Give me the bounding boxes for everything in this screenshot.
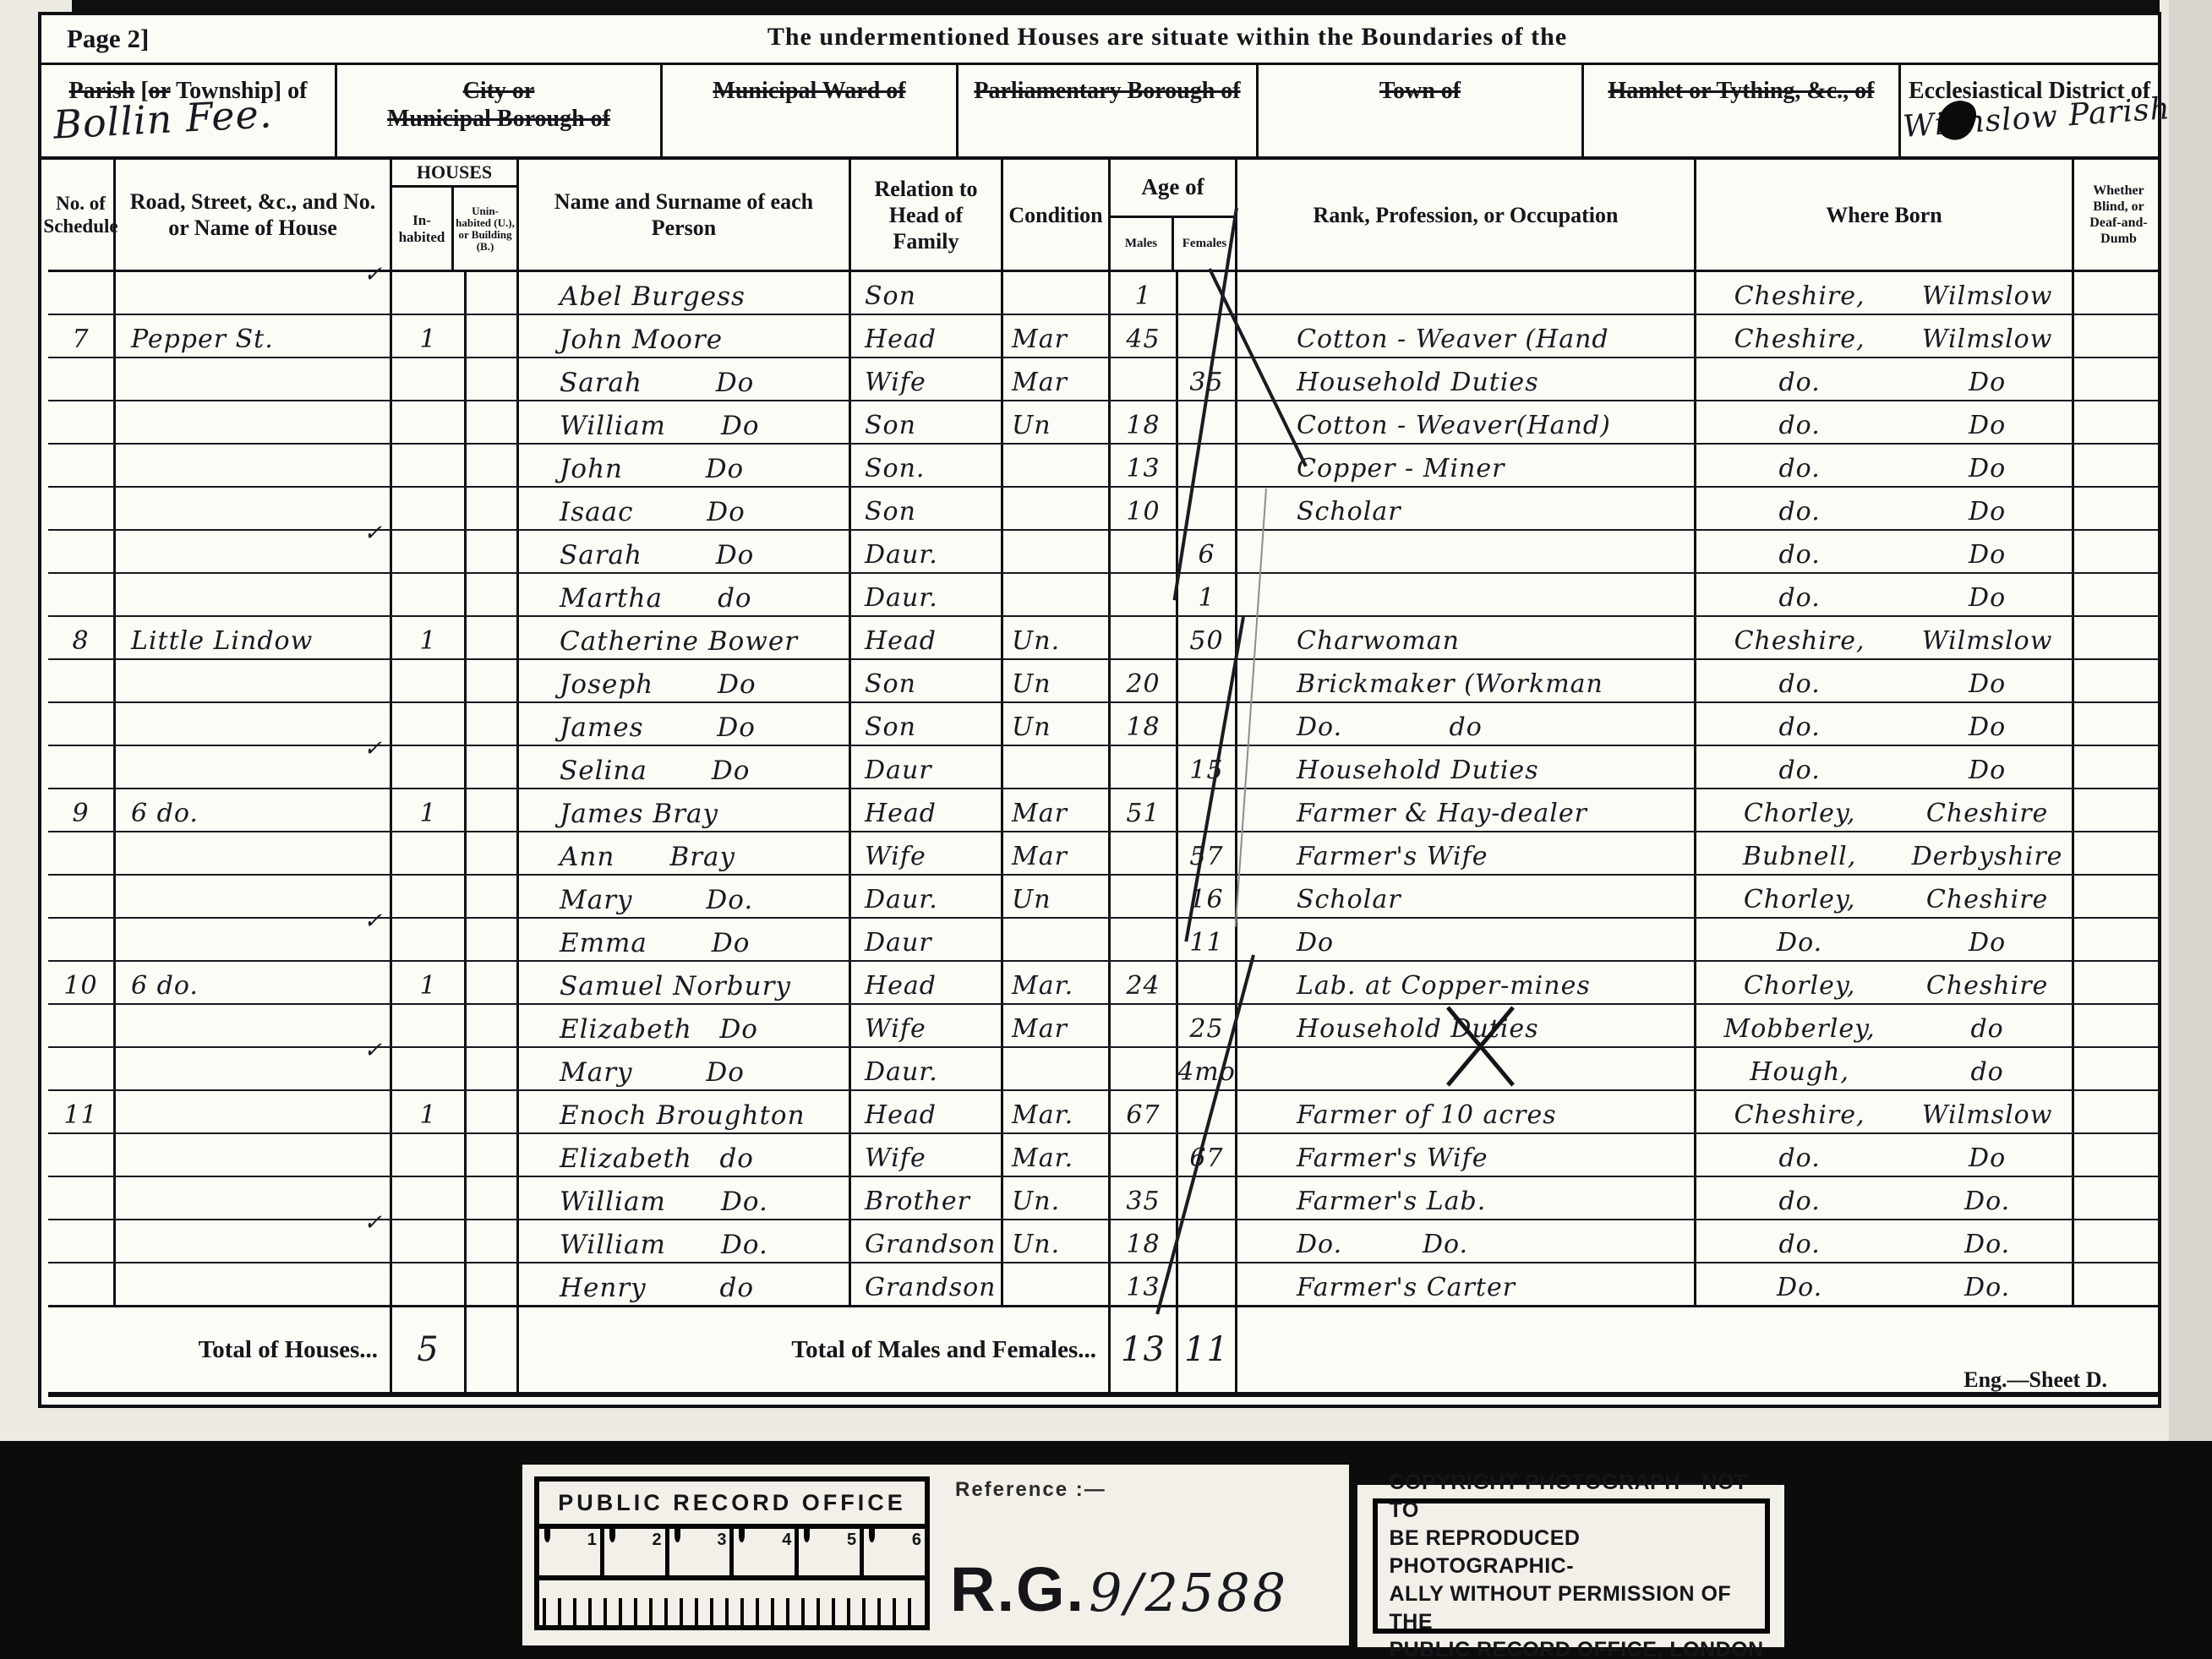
cell-schedule-number [48,1005,116,1046]
reference-value: 9/2588 [1089,1562,1288,1624]
cell-relation: Wife [851,1005,1003,1046]
born-place: do. [1696,756,1903,785]
col-header-schedule-label: No. of Schedule [43,192,117,237]
cell-uninhabited [467,1091,519,1132]
cell-condition [1003,272,1111,314]
cell-uninhabited [467,789,519,831]
cell-relation: Grandson [851,1220,1003,1262]
cell-person-name: Sarah Do [519,531,851,572]
location-col-label: Hamlet or Tything, &c., of [1584,77,1898,105]
col-header-inhabited: In-habited [392,188,454,270]
cell-age-male [1111,574,1178,615]
check-mark: ✓ [348,907,383,936]
cell-person-name: James Bray [519,789,851,831]
cell-person-name: James Do [519,703,851,745]
born-county: Wilmslow [1903,325,2072,354]
born-county: Cheshire [1903,972,2072,1001]
cell-road [116,574,392,615]
check-mark: ✓ [348,519,383,548]
cell-person-name: Elizabeth do [519,1134,851,1176]
cell-occupation: Household Duties [1237,1005,1696,1046]
cell-condition [1003,746,1111,788]
cell-schedule-number [48,746,116,788]
table-row: ✓ Mary Do Daur. 4mo Hough,do [48,1048,2159,1091]
born-county: Do [1903,929,2072,958]
cell-person-name: Joseph Do [519,660,851,701]
total-males-value: 13 [1111,1307,1178,1392]
location-col-parish: Parish [or Township] ofBollin Fee. [41,65,337,156]
born-place: Cheshire, [1696,1101,1903,1130]
boundary-title: The undermentioned Houses are situate wi… [41,23,2158,52]
cell-relation: Daur. [851,1048,1003,1089]
table-row: ✓ Selina Do Daur 15 Household Duties do.… [48,746,2159,789]
cell-inhabited: 1 [392,315,467,357]
cell-blind-deaf [2074,1091,2163,1132]
cell-age-female [1178,445,1237,486]
location-header-row: Parish [or Township] ofBollin Fee.City o… [41,65,2158,160]
cell-where-born: do.Do [1696,746,2074,788]
table-row: ✓ Sarah Do Daur. 6 do.Do [48,531,2159,574]
cell-inhabited [392,660,467,701]
cell-uninhabited [467,876,519,917]
location-col-label: Municipal Borough of [337,105,660,133]
cell-schedule-number: 11 [48,1091,116,1132]
cell-where-born: Chorley,Cheshire [1696,876,2074,917]
cell-relation: Wife [851,832,1003,874]
cell-occupation: Do. do [1237,703,1696,745]
cell-inhabited [392,703,467,745]
cell-occupation: Do [1237,919,1696,960]
cell-age-male: 45 [1111,315,1178,357]
cell-age-female [1178,401,1237,443]
cell-occupation [1237,1048,1696,1089]
cell-inhabited [392,488,467,529]
total-males-females-label: Total of Males and Females... [519,1307,1111,1392]
cell-person-name: Samuel Norbury [519,962,851,1003]
cell-blind-deaf [2074,789,2163,831]
cell-condition [1003,919,1111,960]
cell-occupation: Farmer of 10 acres [1237,1091,1696,1132]
location-value-parish: Bollin Fee. [52,100,273,139]
cell-age-male [1111,746,1178,788]
born-county: Cheshire [1903,886,2072,914]
cell-age-male: 51 [1111,789,1178,831]
born-county: Do [1903,670,2072,699]
location-col-label: Parliamentary Borough of [959,77,1256,105]
col-header-condition: Condition [1003,160,1111,270]
cell-age-male: 20 [1111,660,1178,701]
cell-blind-deaf [2074,1005,2163,1046]
col-header-blind: Whether Blind, or Deaf-and-Dumb [2074,160,2163,270]
ruler-ticks [539,1580,925,1625]
cell-inhabited [392,272,467,314]
cell-age-female: 6 [1178,531,1237,572]
cell-uninhabited [467,315,519,357]
cell-where-born: do.Do. [1696,1220,2074,1262]
born-county: Wilmslow [1903,282,2072,311]
cell-road [116,1263,392,1305]
cell-age-male: 1 [1111,272,1178,314]
cell-inhabited [392,1177,467,1219]
born-county: Do [1903,1144,2072,1173]
cell-person-name: John Do [519,445,851,486]
cell-person-name: Martha do [519,574,851,615]
cell-person-name: William Do. [519,1177,851,1219]
col-header-age-label: Age of [1111,160,1235,216]
col-header-relation: Relation to Head of Family [851,160,1003,270]
cell-schedule-number [48,1220,116,1262]
cell-uninhabited [467,401,519,443]
cell-relation: Head [851,962,1003,1003]
public-record-office-stamp: PUBLIC RECORD OFFICE 123456 Reference :—… [522,1465,1349,1645]
col-header-born: Where Born [1696,160,2074,270]
cell-where-born: Hough,do [1696,1048,2074,1089]
cell-age-male: 35 [1111,1177,1178,1219]
total-houses-label: Total of Houses... [116,1307,392,1392]
cell-where-born: do.Do [1696,488,2074,529]
born-county: Cheshire [1903,799,2072,828]
cell-blind-deaf [2074,1263,2163,1305]
census-document: Page 2] The undermentioned Houses are si… [38,12,2161,1408]
cell-blind-deaf [2074,531,2163,572]
born-county: Wilmslow [1903,627,2072,656]
cell-blind-deaf [2074,832,2163,874]
cell-schedule-number [48,1263,116,1305]
check-mark: ✓ [348,1209,383,1237]
cell-relation: Son [851,272,1003,314]
age-subcolumns: Males Females [1111,216,1235,270]
cell-occupation: Lab. at Copper-mines [1237,962,1696,1003]
born-county: Do [1903,756,2072,785]
cell-inhabited [392,746,467,788]
cell-blind-deaf [2074,488,2163,529]
cell-relation: Head [851,789,1003,831]
cell-relation: Daur. [851,876,1003,917]
col-header-age-group: Age of Males Females [1111,160,1237,270]
cell-age-female: 50 [1178,617,1237,658]
cell-age-female: 1 [1178,574,1237,615]
born-place: Chorley, [1696,799,1903,828]
cell-age-female: 16 [1178,876,1237,917]
cell-condition: Mar. [1003,1091,1111,1132]
cell-person-name: Ann Bray [519,832,851,874]
cell-relation: Brother [851,1177,1003,1219]
cell-age-female [1178,1263,1237,1305]
ruler-segment: 3 [669,1529,735,1575]
cell-inhabited [392,445,467,486]
cell-blind-deaf [2074,746,2163,788]
cell-age-female [1178,962,1237,1003]
col-header-houses-group: HOUSES In-habited Unin-habited (U.), or … [392,160,519,270]
table-row: ✓ William Do. Grandson Un. 18 Do. Do. do… [48,1220,2159,1263]
cell-schedule-number [48,531,116,572]
col-header-name: Name and Surname of each Person [519,160,851,270]
census-rows: ✓ Abel Burgess Son 1 Cheshire,Wilmslow 7… [48,272,2159,1307]
born-county: Do [1903,584,2072,613]
cell-uninhabited [467,488,519,529]
cell-inhabited: 1 [392,789,467,831]
cell-where-born: do.Do [1696,445,2074,486]
cell-blind-deaf [2074,1134,2163,1176]
cell-condition: Mar [1003,789,1111,831]
cell-where-born: Chorley,Cheshire [1696,962,2074,1003]
copyright-line: BE REPRODUCED PHOTOGRAPHIC- [1390,1525,1765,1580]
born-place: Do. [1696,1274,1903,1302]
cell-age-female: 15 [1178,746,1237,788]
cell-condition [1003,445,1111,486]
cell-age-female [1178,315,1237,357]
cell-road: ✓ [116,919,392,960]
cell-uninhabited [467,1005,519,1046]
cell-uninhabited [467,746,519,788]
cell-occupation: Scholar [1237,488,1696,529]
cell-age-male [1111,919,1178,960]
cell-road [116,358,392,400]
copyright-stamp: COPYRIGHT PHOTOGRAPH—NOT TO BE REPRODUCE… [1357,1485,1784,1647]
cell-uninhabited [467,919,519,960]
cell-person-name: Abel Burgess [519,272,851,314]
cell-condition: Un [1003,876,1111,917]
cell-road [116,1091,392,1132]
cell-relation: Son [851,488,1003,529]
cell-age-male [1111,832,1178,874]
cell-uninhabited [467,1048,519,1089]
cell-person-name: Enoch Broughton [519,1091,851,1132]
cell-person-name: Elizabeth Do [519,1005,851,1046]
cell-blind-deaf [2074,876,2163,917]
location-col-label: City or [337,77,660,105]
cell-schedule-number [48,1177,116,1219]
cell-where-born: do.Do [1696,1134,2074,1176]
cell-where-born: do.Do [1696,660,2074,701]
cell-road [116,1134,392,1176]
table-row: 11 1 Enoch Broughton Head Mar. 67 Farmer… [48,1091,2159,1134]
copyright-line: PUBLIC RECORD OFFICE, LONDON [1390,1636,1765,1659]
cell-inhabited: 1 [392,1091,467,1132]
cell-age-male [1111,1005,1178,1046]
table-row: Sarah Do Wife Mar 35 Household Duties do… [48,358,2159,401]
cell-where-born: do.Do [1696,703,2074,745]
born-county: Do [1903,498,2072,527]
copyright-line: COPYRIGHT PHOTOGRAPH—NOT TO [1390,1469,1765,1525]
cell-inhabited [392,401,467,443]
cell-condition: Un [1003,660,1111,701]
cell-age-male [1111,876,1178,917]
born-place: Mobberley, [1696,1015,1903,1044]
cell-road: ✓ [116,272,392,314]
cell-age-male [1111,531,1178,572]
check-mark: ✓ [348,734,383,763]
col-header-rank-label: Rank, Profession, or Occupation [1314,202,1619,228]
cell-where-born: do.Do [1696,401,2074,443]
cell-relation: Head [851,315,1003,357]
cell-where-born: Bubnell,Derbyshire [1696,832,2074,874]
cell-age-female: 67 [1178,1134,1237,1176]
born-county: Derbyshire [1903,843,2072,871]
cell-schedule-number [48,660,116,701]
cell-blind-deaf [2074,1048,2163,1089]
cell-blind-deaf [2074,574,2163,615]
cell-where-born: do.Do [1696,531,2074,572]
born-place: Do. [1696,929,1903,958]
pro-title: PUBLIC RECORD OFFICE [539,1482,925,1529]
cell-condition [1003,1263,1111,1305]
cell-blind-deaf [2074,660,2163,701]
cell-occupation: Do. Do. [1237,1220,1696,1262]
cell-where-born: do.Do [1696,574,2074,615]
cell-uninhabited [467,272,519,314]
location-col-label: Municipal Ward of [663,77,956,105]
cell-inhabited [392,832,467,874]
cell-schedule-number [48,919,116,960]
table-row: John Do Son. 13 Copper - Miner do.Do [48,445,2159,488]
col-header-name-label: Name and Surname of each Person [522,188,845,241]
cell-condition: Un [1003,703,1111,745]
census-table: No. of Schedule Road, Street, &c., and N… [48,160,2159,1397]
cell-blind-deaf [2074,962,2163,1003]
cell-relation: Daur. [851,574,1003,615]
cell-condition: Un [1003,401,1111,443]
cell-uninhabited [467,358,519,400]
cell-blind-deaf [2074,1177,2163,1219]
cell-inhabited: 1 [392,617,467,658]
cell-age-male: 24 [1111,962,1178,1003]
born-place: do. [1696,1187,1903,1216]
cell-occupation: Scholar [1237,876,1696,917]
cell-schedule-number [48,272,116,314]
cell-blind-deaf [2074,315,2163,357]
cell-blind-deaf [2074,272,2163,314]
cell-occupation: Farmer's Wife [1237,1134,1696,1176]
cell-age-male [1111,358,1178,400]
cell-occupation: Farmer's Lab. [1237,1177,1696,1219]
cell-where-born: do.Do [1696,358,2074,400]
cell-condition [1003,488,1111,529]
born-place: do. [1696,455,1903,483]
cell-condition: Mar. [1003,962,1111,1003]
cell-relation: Son [851,660,1003,701]
cell-age-male: 10 [1111,488,1178,529]
cell-relation: Grandson [851,1263,1003,1305]
cell-uninhabited [467,703,519,745]
cell-road: ✓ [116,1048,392,1089]
cell-schedule-number: 10 [48,962,116,1003]
col-header-road-label: Road, Street, &c., and No. or Name of Ho… [119,188,386,241]
cell-road [116,445,392,486]
ruler-segment: 1 [539,1529,604,1575]
cell-schedule-number [48,1134,116,1176]
top-edge-bar [72,0,2160,12]
total-females-value: 11 [1178,1307,1237,1392]
cell-where-born: do.Do. [1696,1177,2074,1219]
cell-inhabited [392,1134,467,1176]
born-county: Do. [1903,1231,2072,1259]
cell-person-name: Sarah Do [519,358,851,400]
table-row: Ann Bray Wife Mar 57 Farmer's Wife Bubne… [48,832,2159,876]
pro-ruler-box: PUBLIC RECORD OFFICE 123456 [534,1476,930,1630]
born-county: Do [1903,455,2072,483]
born-place: Cheshire, [1696,325,1903,354]
cell-schedule-number [48,1048,116,1089]
col-header-relation-label: Relation to Head of Family [855,176,997,254]
cell-inhabited [392,1048,467,1089]
cell-occupation: Household Duties [1237,746,1696,788]
check-mark: ✓ [348,1036,383,1065]
cell-age-male: 18 [1111,703,1178,745]
cell-road: Pepper St. [116,315,392,357]
cell-occupation: Farmer & Hay-dealer [1237,789,1696,831]
table-row: Joseph Do Son Un 20 Brickmaker (Workman … [48,660,2159,703]
reference-area: Reference :— R.G. 9/2588 [945,1471,1342,1639]
ruler-segment: 2 [604,1529,669,1575]
cell-age-male [1111,1048,1178,1089]
cell-person-name: Mary Do [519,1048,851,1089]
cell-relation: Son [851,401,1003,443]
sheet-note: Eng.—Sheet D. [1963,1367,2107,1393]
cell-condition: Un. [1003,1220,1111,1262]
born-place: Cheshire, [1696,627,1903,656]
ruler-segment: 6 [864,1529,925,1575]
cell-road: 6 do. [116,789,392,831]
cell-schedule-number [48,574,116,615]
cell-relation: Daur. [851,531,1003,572]
cell-person-name: Catherine Bower [519,617,851,658]
table-row: William Do Son Un 18 Cotton - Weaver(Han… [48,401,2159,445]
cell-where-born: Do.Do [1696,919,2074,960]
col-header-houses-label: HOUSES [392,160,516,188]
check-mark: ✓ [348,260,383,289]
cell-occupation: Charwoman [1237,617,1696,658]
cell-relation: Son [851,703,1003,745]
born-county: do [1903,1058,2072,1087]
cell-age-male: 67 [1111,1091,1178,1132]
cell-blind-deaf [2074,358,2163,400]
cell-uninhabited [467,832,519,874]
born-place: do. [1696,412,1903,440]
cell-occupation: Household Duties [1237,358,1696,400]
col-header-condition-label: Condition [1008,202,1102,228]
copyright-line: ALLY WITHOUT PERMISSION OF THE [1390,1580,1765,1636]
cell-relation: Daur [851,746,1003,788]
table-row: Henry do Grandson 13 Farmer's Carter Do.… [48,1263,2159,1307]
cell-relation: Head [851,617,1003,658]
cell-schedule-number [48,832,116,874]
cell-condition: Mar [1003,832,1111,874]
reference-prefix: R.G. [950,1554,1085,1624]
born-place: Bubnell, [1696,843,1903,871]
location-col-label: Town of [1259,77,1581,105]
cell-inhabited [392,1005,467,1046]
cell-road: ✓ [116,531,392,572]
table-row: Elizabeth do Wife Mar. 67 Farmer's Wife … [48,1134,2159,1177]
born-county: Wilmslow [1903,1101,2072,1130]
cell-uninhabited [467,1134,519,1176]
cell-occupation: Cotton - Weaver(Hand) [1237,401,1696,443]
cell-person-name: Isaac Do [519,488,851,529]
cell-age-male [1111,1134,1178,1176]
cell-occupation: Farmer's Wife [1237,832,1696,874]
cell-road [116,832,392,874]
col-header-schedule: No. of Schedule [48,160,116,270]
cell-age-female: 57 [1178,832,1237,874]
born-place: Chorley, [1696,886,1903,914]
cell-age-male: 18 [1111,1220,1178,1262]
born-county: Do. [1903,1274,2072,1302]
cell-age-male [1111,617,1178,658]
table-row: 8 Little Lindow 1 Catherine Bower Head U… [48,617,2159,660]
born-place: Cheshire, [1696,282,1903,311]
cell-road: 6 do. [116,962,392,1003]
